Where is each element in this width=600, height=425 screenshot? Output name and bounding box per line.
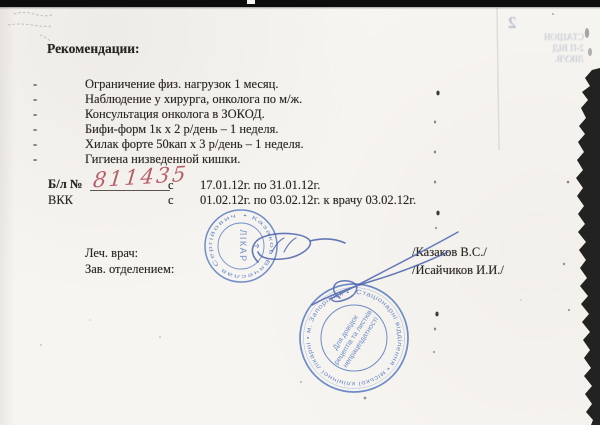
scanned-document: Рекомендации: - Ограничение физ. нагрузо…: [0, 0, 600, 425]
pencil-marks: [8, 13, 52, 42]
recommendation-item: - Бифи-форм 1к х 2 р/день – 1 неделя.: [0, 122, 600, 137]
bleedthrough-line: 2: [508, 14, 584, 32]
recommendation-item: - Наблюдение у хирурга, онколога по м/ж.: [0, 92, 600, 107]
sick-leave-label: Б/л №: [48, 177, 82, 192]
bullet-dash: -: [33, 137, 37, 152]
bullet-dash: -: [33, 92, 37, 107]
bleedthrough-line: 2-П ВІД: [508, 43, 584, 54]
bullet-dash: -: [33, 152, 37, 167]
hospital-stamp-center-line: рецептів та листків: [332, 308, 374, 366]
recommendation-text: Бифи-форм 1к х 2 р/день – 1 неделя.: [85, 122, 278, 137]
sick-leave-preposition: с: [168, 178, 174, 193]
vkk-preposition: с: [168, 193, 174, 208]
scan-edge-top: [0, 0, 600, 8]
recommendation-text: Ограничение физ. нагрузок 1 месяц.: [85, 77, 278, 92]
bleedthrough-line: ЛІКУВ.: [508, 54, 584, 65]
doctor-stamp-center-text: ЛІКАР: [238, 229, 248, 262]
svg-text:Стаціонарні відділення • міськ: Стаціонарні відділення • міської клінічн…: [304, 289, 404, 387]
attending-doctor-name: /Казаков В.С./: [412, 245, 487, 260]
attending-doctor-label: Леч. врач:: [85, 246, 138, 261]
recommendations-heading: Рекомендации:: [47, 41, 140, 57]
sick-leave-number-underline: [90, 190, 170, 191]
svg-text:• Казаков Вячеслав Сергійович: • Казаков Вячеслав Сергійович: [208, 213, 274, 279]
recommendation-item: - Ограничение физ. нагрузок 1 месяц.: [0, 77, 600, 92]
recommendation-item: - Хилак форте 50кап х 3 р/день – 1 недел…: [0, 137, 600, 152]
recommendation-text: Хилак форте 50кап х 3 р/день – 1 неделя.: [85, 137, 304, 152]
recommendation-text: Наблюдение у хирурга, онколога по м/ж.: [85, 92, 302, 107]
doctor-round-stamp: • Казаков Вячеслав Сергійович ЛІКАР: [205, 210, 277, 282]
stamp-emblem: [254, 244, 259, 248]
hospital-stamp-center-line: Для довідок: [331, 312, 361, 351]
bleedthrough-line: СТАЦІОН: [508, 32, 584, 43]
attending-doctor-signature: [252, 234, 345, 262]
sick-leave-dates: 17.01.12г. по 31.01.12г.: [200, 178, 320, 193]
vkk-dates: 01.02.12г. по 03.02.12г. к врачу 03.02.1…: [200, 193, 416, 208]
bullet-dash: -: [33, 107, 37, 122]
doctor-stamp-ring-text: • Казаков Вячеслав Сергійович: [208, 213, 274, 279]
bullet-dash: -: [33, 122, 37, 137]
recommendation-item: - Консультация онколога в ЗОКОД.: [0, 107, 600, 122]
hospital-round-stamp: Стаціонарні відділення • міської клінічн…: [300, 284, 408, 392]
bullet-dash: -: [33, 77, 37, 92]
hospital-stamp-center-line: непрацездатності: [341, 315, 381, 369]
head-of-department-label: Зав. отделением:: [85, 262, 174, 277]
vkk-label: ВКК: [48, 193, 73, 208]
recommendation-text: Консультация онколога в ЗОКОД.: [85, 107, 265, 122]
head-of-department-name: /Исайчиков И.И./: [412, 263, 504, 278]
recommendation-item: - Гигиена низведенной кишки.: [0, 152, 600, 167]
bleedthrough-text: 2 СТАЦІОН 2-П ВІД ЛІКУВ.: [508, 14, 584, 65]
hospital-stamp-ring-text: Стаціонарні відділення • міської клінічн…: [304, 289, 404, 387]
